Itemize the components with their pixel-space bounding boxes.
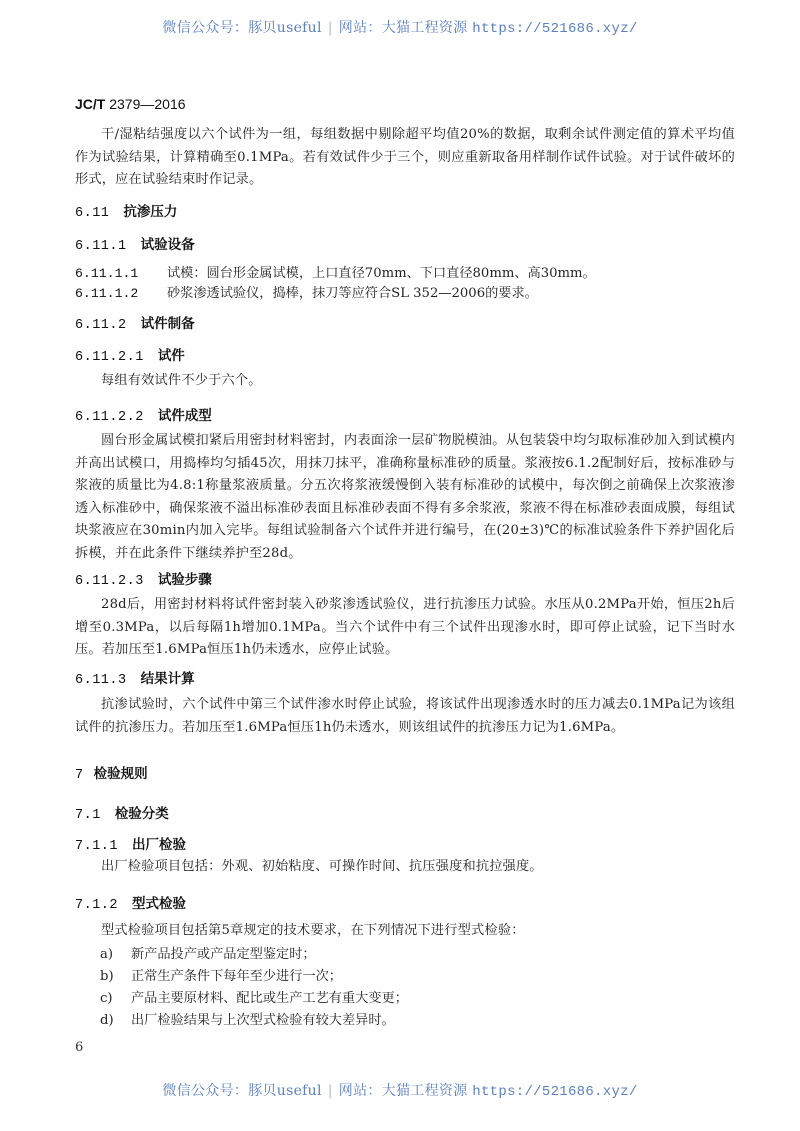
section-number: 7.1.2 (75, 898, 118, 913)
clause-text: 试模：圆台形金属试模，上口直径70mm、下口直径80mm、高30mm。 (167, 266, 596, 281)
page-number: 6 (75, 1040, 83, 1055)
section-number: 6.11.2.1 (75, 350, 144, 365)
section-title: 检验分类 (115, 806, 169, 822)
section-title: 试验设备 (141, 237, 195, 253)
watermark-wechat: 微信公众号：豚贝useful (162, 20, 321, 36)
section-title: 检验规则 (94, 766, 148, 782)
list-text: 正常生产条件下每年至少进行一次； (131, 969, 342, 984)
section-number: 7 (75, 768, 84, 783)
heading-6-11-2-3: 6.11.2.3试验步骤 (75, 568, 212, 589)
list-label: c) (100, 991, 131, 1006)
heading-6-11-3: 6.11.3结果计算 (75, 667, 195, 688)
heading-6-11: 6.11抗渗压力 (75, 200, 177, 221)
watermark-url[interactable]: https://521686.xyz/ (472, 21, 637, 37)
clause-number: 6.11.1.2 (75, 286, 167, 301)
standard-prefix: JC/T (75, 96, 105, 112)
watermark-wechat: 微信公众号：豚贝useful (162, 1083, 321, 1099)
intro-paragraph: 干/湿粘结强度以六个试件为一组，每组数据中剔除超平均值20%的数据，取剩余试件测… (75, 124, 735, 192)
watermark-site-label: 网站：大猫工程资源 (339, 20, 468, 36)
list-text: 新产品投产或产品定型鉴定时； (131, 947, 316, 962)
paragraph-6-11-2-1: 每组有效试件不少于六个。 (75, 370, 735, 393)
heading-7-1-1: 7.1.1出厂检验 (75, 833, 186, 854)
clause-number: 6.11.1.1 (75, 266, 167, 281)
section-title: 结果计算 (141, 671, 195, 687)
list-text: 产品主要原材料、配比或生产工艺有重大变更； (131, 991, 408, 1006)
watermark-site-label: 网站：大猫工程资源 (339, 1083, 468, 1099)
paragraph-7-1-1: 出厂检验项目包括：外观、初始粘度、可操作时间、抗压强度和抗拉强度。 (75, 856, 735, 879)
list-item-b: b)正常生产条件下每年至少进行一次； (100, 965, 342, 984)
section-number: 7.1.1 (75, 839, 118, 854)
heading-7-1-2: 7.1.2型式检验 (75, 892, 186, 913)
watermark-url[interactable]: https://521686.xyz/ (472, 1084, 637, 1100)
standard-number: 2379—2016 (109, 96, 185, 112)
clause-text: 砂浆渗透试验仪，捣棒，抹刀等应符合SL 352—2006的要求。 (167, 286, 538, 301)
heading-7-1: 7.1检验分类 (75, 802, 169, 823)
watermark-separator: | (328, 20, 333, 36)
clause-6-11-1-1: 6.11.1.1试模：圆台形金属试模，上口直径70mm、下口直径80mm、高30… (75, 262, 596, 281)
section-title: 试件成型 (158, 408, 212, 424)
section-number: 6.11.2.2 (75, 410, 144, 425)
list-item-a: a)新产品投产或产品定型鉴定时； (100, 943, 316, 962)
section-number: 6.11.3 (75, 673, 127, 688)
section-number: 6.11 (75, 206, 109, 221)
list-label: d) (100, 1013, 131, 1028)
section-title: 出厂检验 (132, 837, 186, 853)
section-number: 6.11.2.3 (75, 574, 144, 589)
section-number: 7.1 (75, 808, 101, 823)
section-title: 试验步骤 (158, 572, 212, 588)
watermark-separator: | (328, 1083, 333, 1099)
watermark-bottom: 微信公众号：豚贝useful|网站：大猫工程资源 https://521686.… (0, 1080, 800, 1100)
section-number: 6.11.2 (75, 318, 127, 333)
section-title: 型式检验 (132, 896, 186, 912)
list-label: b) (100, 969, 131, 984)
list-item-c: c)产品主要原材料、配比或生产工艺有重大变更； (100, 987, 408, 1006)
heading-6-11-2: 6.11.2试件制备 (75, 312, 195, 333)
list-label: a) (100, 947, 131, 962)
heading-6-11-2-2: 6.11.2.2试件成型 (75, 404, 212, 425)
paragraph-6-11-2-3: 28d后，用密封材料将试件密封装入砂浆渗透试验仪，进行抗渗压力试验。水压从0.2… (75, 594, 735, 662)
watermark-top: 微信公众号：豚贝useful|网站：大猫工程资源 https://521686.… (0, 17, 800, 37)
section-title: 试件 (158, 348, 185, 364)
list-item-d: d)出厂检验结果与上次型式检验有较大差异时。 (100, 1009, 395, 1028)
heading-6-11-1: 6.11.1试验设备 (75, 233, 195, 254)
list-text: 出厂检验结果与上次型式检验有较大差异时。 (131, 1013, 395, 1028)
section-number: 6.11.1 (75, 239, 127, 254)
heading-6-11-2-1: 6.11.2.1试件 (75, 344, 185, 365)
section-title: 抗渗压力 (123, 204, 177, 220)
clause-6-11-1-2: 6.11.1.2砂浆渗透试验仪，捣棒，抹刀等应符合SL 352—2006的要求。 (75, 282, 538, 301)
heading-7: 7检验规则 (75, 762, 148, 783)
standard-code: JC/T 2379—2016 (75, 96, 186, 112)
section-title: 试件制备 (141, 316, 195, 332)
paragraph-6-11-2-2: 圆台形金属试模扣紧后用密封材料密封，内表面涂一层矿物脱模油。从包装袋中均匀取标准… (75, 430, 735, 565)
paragraph-6-11-3: 抗渗试验时，六个试件中第三个试件渗水时停止试验，将该试件出现渗透水时的压力减去0… (75, 694, 735, 739)
paragraph-7-1-2: 型式检验项目包括第5章规定的技术要求，在下列情况下进行型式检验： (75, 920, 735, 943)
